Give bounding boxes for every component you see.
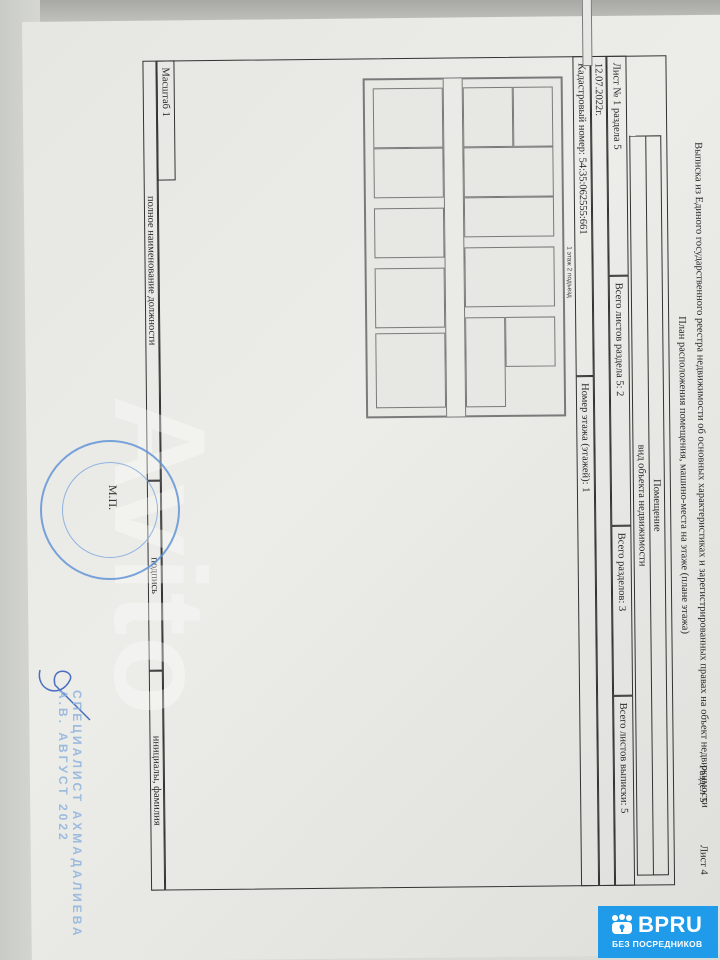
badge-subtitle: БЕЗ ПОСРЕДНИКОВ [612, 939, 702, 949]
section-label: Раздел 5 [697, 765, 708, 803]
bpru-badge[interactable]: BPRU БЕЗ ПОСРЕДНИКОВ [598, 906, 718, 958]
plan-title: План расположения помещения, машино-мест… [673, 45, 693, 905]
bpru-logo-icon [610, 913, 634, 935]
sheet-number: Лист № 1 раздела 5 [606, 56, 628, 276]
floor-plan [313, 76, 567, 419]
plan-caption-entrance: 1 этаж 2 подъезд [565, 246, 573, 298]
stamp-caption: М.П. [105, 485, 120, 510]
sheet-label: Лист 4 [698, 845, 709, 875]
plan-corridor [581, 0, 593, 66]
total-sheets-section: Всего листов раздела 5: 2 [609, 276, 632, 526]
specialist-stamp: СПЕЦИАЛИСТ АХМАДАЛИЕВА А.В. АВГУСТ 2022 [56, 690, 84, 960]
cadastral-number: Кадастровый номер: 54:35:062555:661 [572, 56, 593, 376]
scale: Масштаб 1 [156, 60, 175, 180]
badge-name: BPRU [638, 912, 702, 938]
total-sections: Всего разделов: 3 [611, 526, 633, 696]
total-sheets-extract: Всего листов выписки: 5 [613, 696, 635, 886]
